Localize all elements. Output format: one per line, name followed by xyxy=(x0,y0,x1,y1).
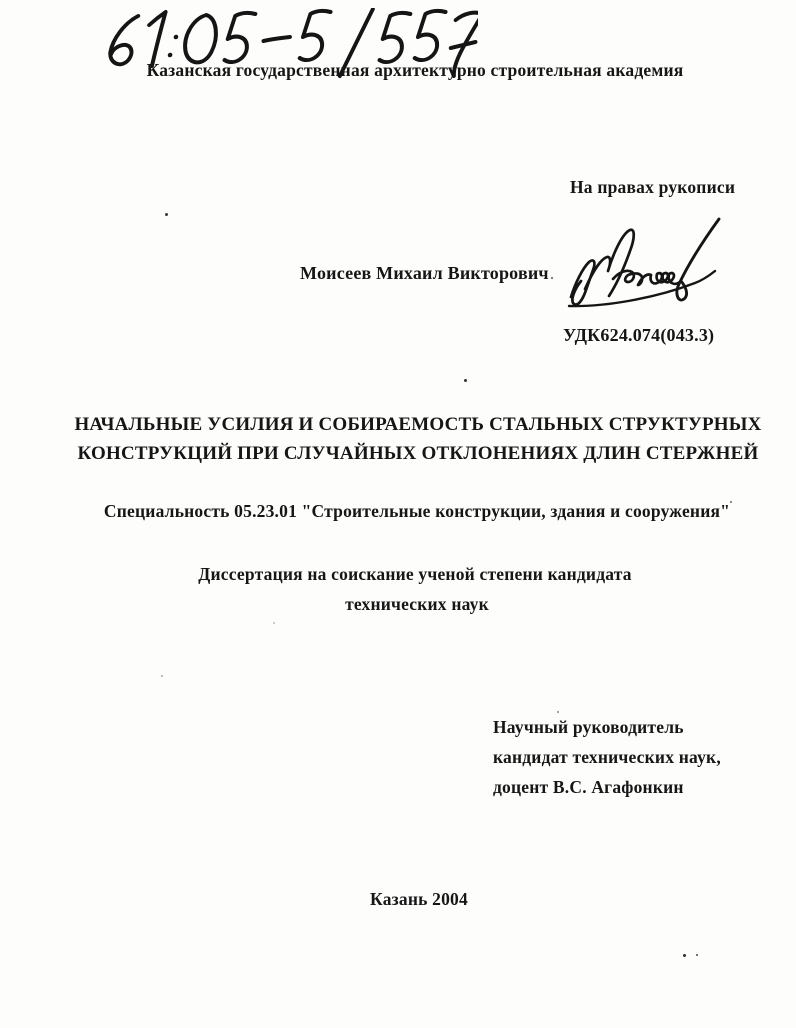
scan-speck xyxy=(464,379,467,382)
supervisor-degree: кандидат технических наук, xyxy=(493,742,721,772)
scan-speck xyxy=(557,711,559,713)
author-name: Моисеев Михаил Викторович xyxy=(300,263,549,284)
degree-statement-line2: технических наук xyxy=(345,594,489,614)
supervisor-name: доцент В.С. Агафонкин xyxy=(493,772,721,802)
supervisor-title: Научный руководитель xyxy=(493,712,721,742)
signature-mark xyxy=(563,213,738,313)
specialty-line: Специальность 05.23.01 "Строительные кон… xyxy=(104,501,730,521)
dissertation-title-page: 61:05-5/557 К xyxy=(0,0,796,1028)
udk-code: УДК624.074(043.3) xyxy=(563,325,714,346)
scan-speck xyxy=(696,954,698,956)
institution-name: Казанская государственная архитектурно с… xyxy=(147,60,684,80)
dissertation-title-line1: НАЧАЛЬНЫЕ УСИЛИЯ И СОБИРАЕМОСТЬ СТАЛЬНЫХ… xyxy=(74,414,761,436)
scan-speck xyxy=(551,277,553,279)
scan-speck xyxy=(161,675,163,677)
degree-statement-line1: Диссертация на соискание ученой степени … xyxy=(198,564,631,584)
scan-speck xyxy=(683,954,686,957)
scan-speck xyxy=(730,501,732,503)
scan-speck xyxy=(273,622,275,624)
supervisor-block: Научный руководитель кандидат технически… xyxy=(493,712,721,802)
dissertation-title-line2: КОНСТРУКЦИЙ ПРИ СЛУЧАЙНЫХ ОТКЛОНЕНИЯХ ДЛ… xyxy=(78,443,759,465)
manuscript-rights-note: На правах рукописи xyxy=(570,177,735,197)
city-year: Казань 2004 xyxy=(370,889,468,909)
scan-speck xyxy=(165,213,168,216)
